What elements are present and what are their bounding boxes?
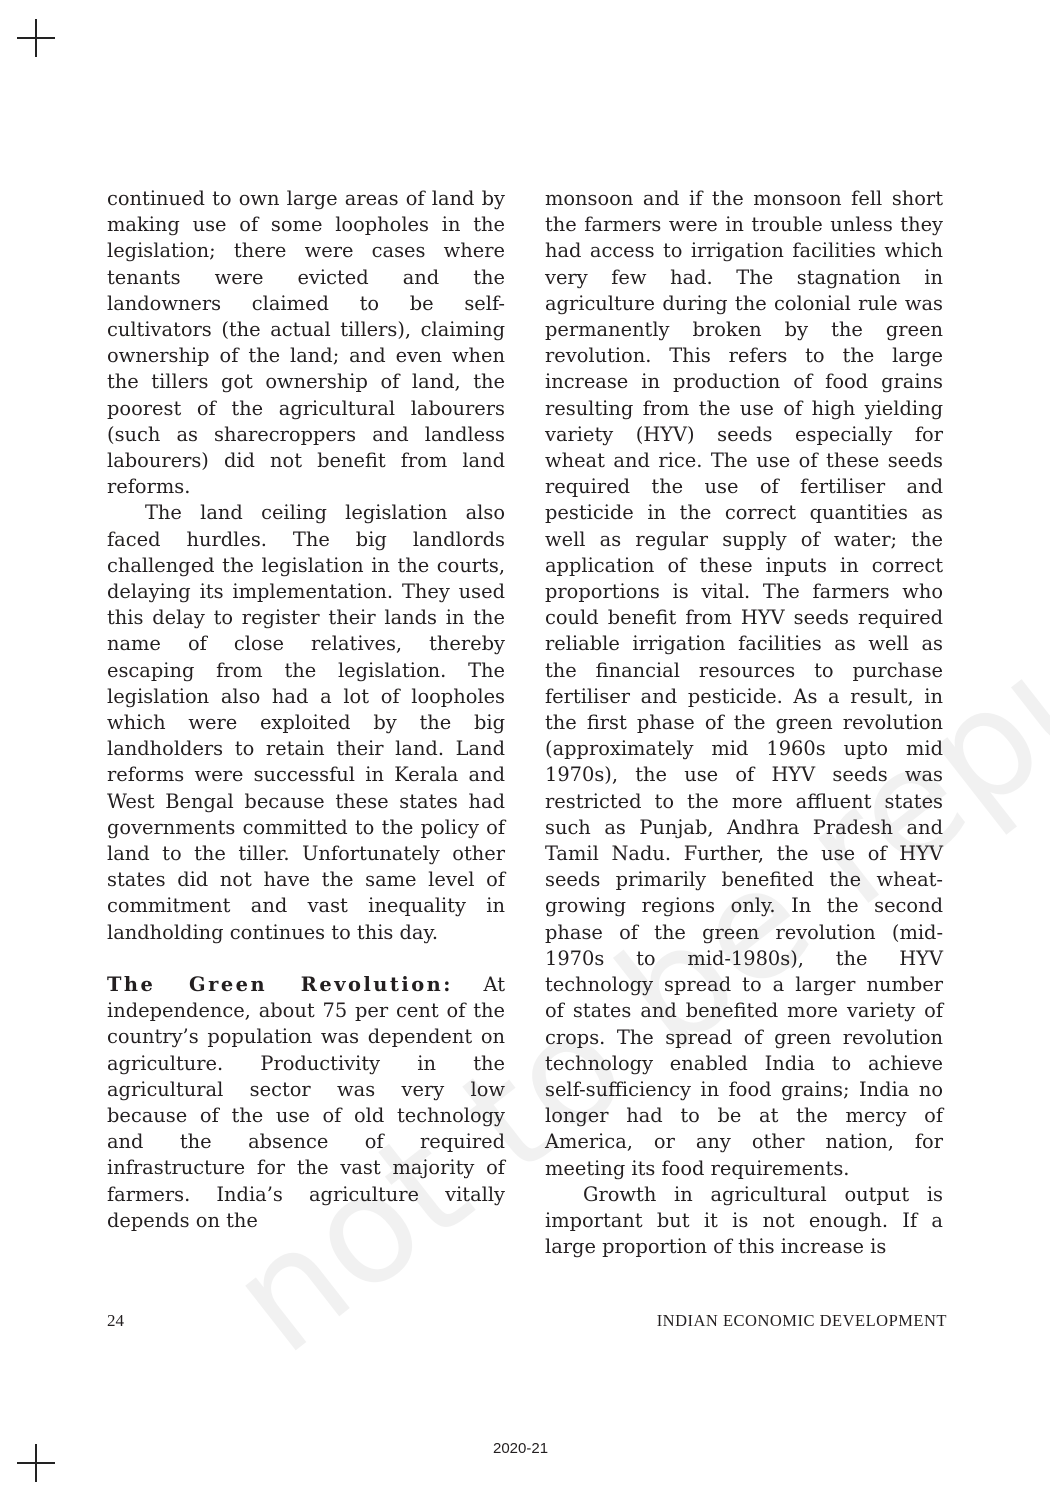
paragraph: monsoon and if the monsoon fell short th… xyxy=(545,186,943,1182)
edition-year: 2020-21 xyxy=(493,1440,548,1457)
section-body: At independence, about 75 per cent of th… xyxy=(107,973,505,1232)
section-heading: The Green Revolution: xyxy=(107,973,453,996)
left-column: continued to own large areas of land by … xyxy=(107,186,505,1234)
right-column: monsoon and if the monsoon fell short th… xyxy=(545,186,943,1260)
running-footer-title: INDIAN ECONOMIC DEVELOPMENT xyxy=(657,1311,947,1331)
section-paragraph: The Green Revolution: At independence, a… xyxy=(107,972,505,1234)
paragraph: Growth in agricultural output is importa… xyxy=(545,1182,943,1261)
crop-mark-icon xyxy=(17,19,55,57)
paragraph: continued to own large areas of land by … xyxy=(107,186,505,500)
crop-mark-icon xyxy=(17,1444,55,1482)
page-number: 24 xyxy=(107,1311,124,1331)
paragraph: The land ceiling legislation also faced … xyxy=(107,500,505,945)
